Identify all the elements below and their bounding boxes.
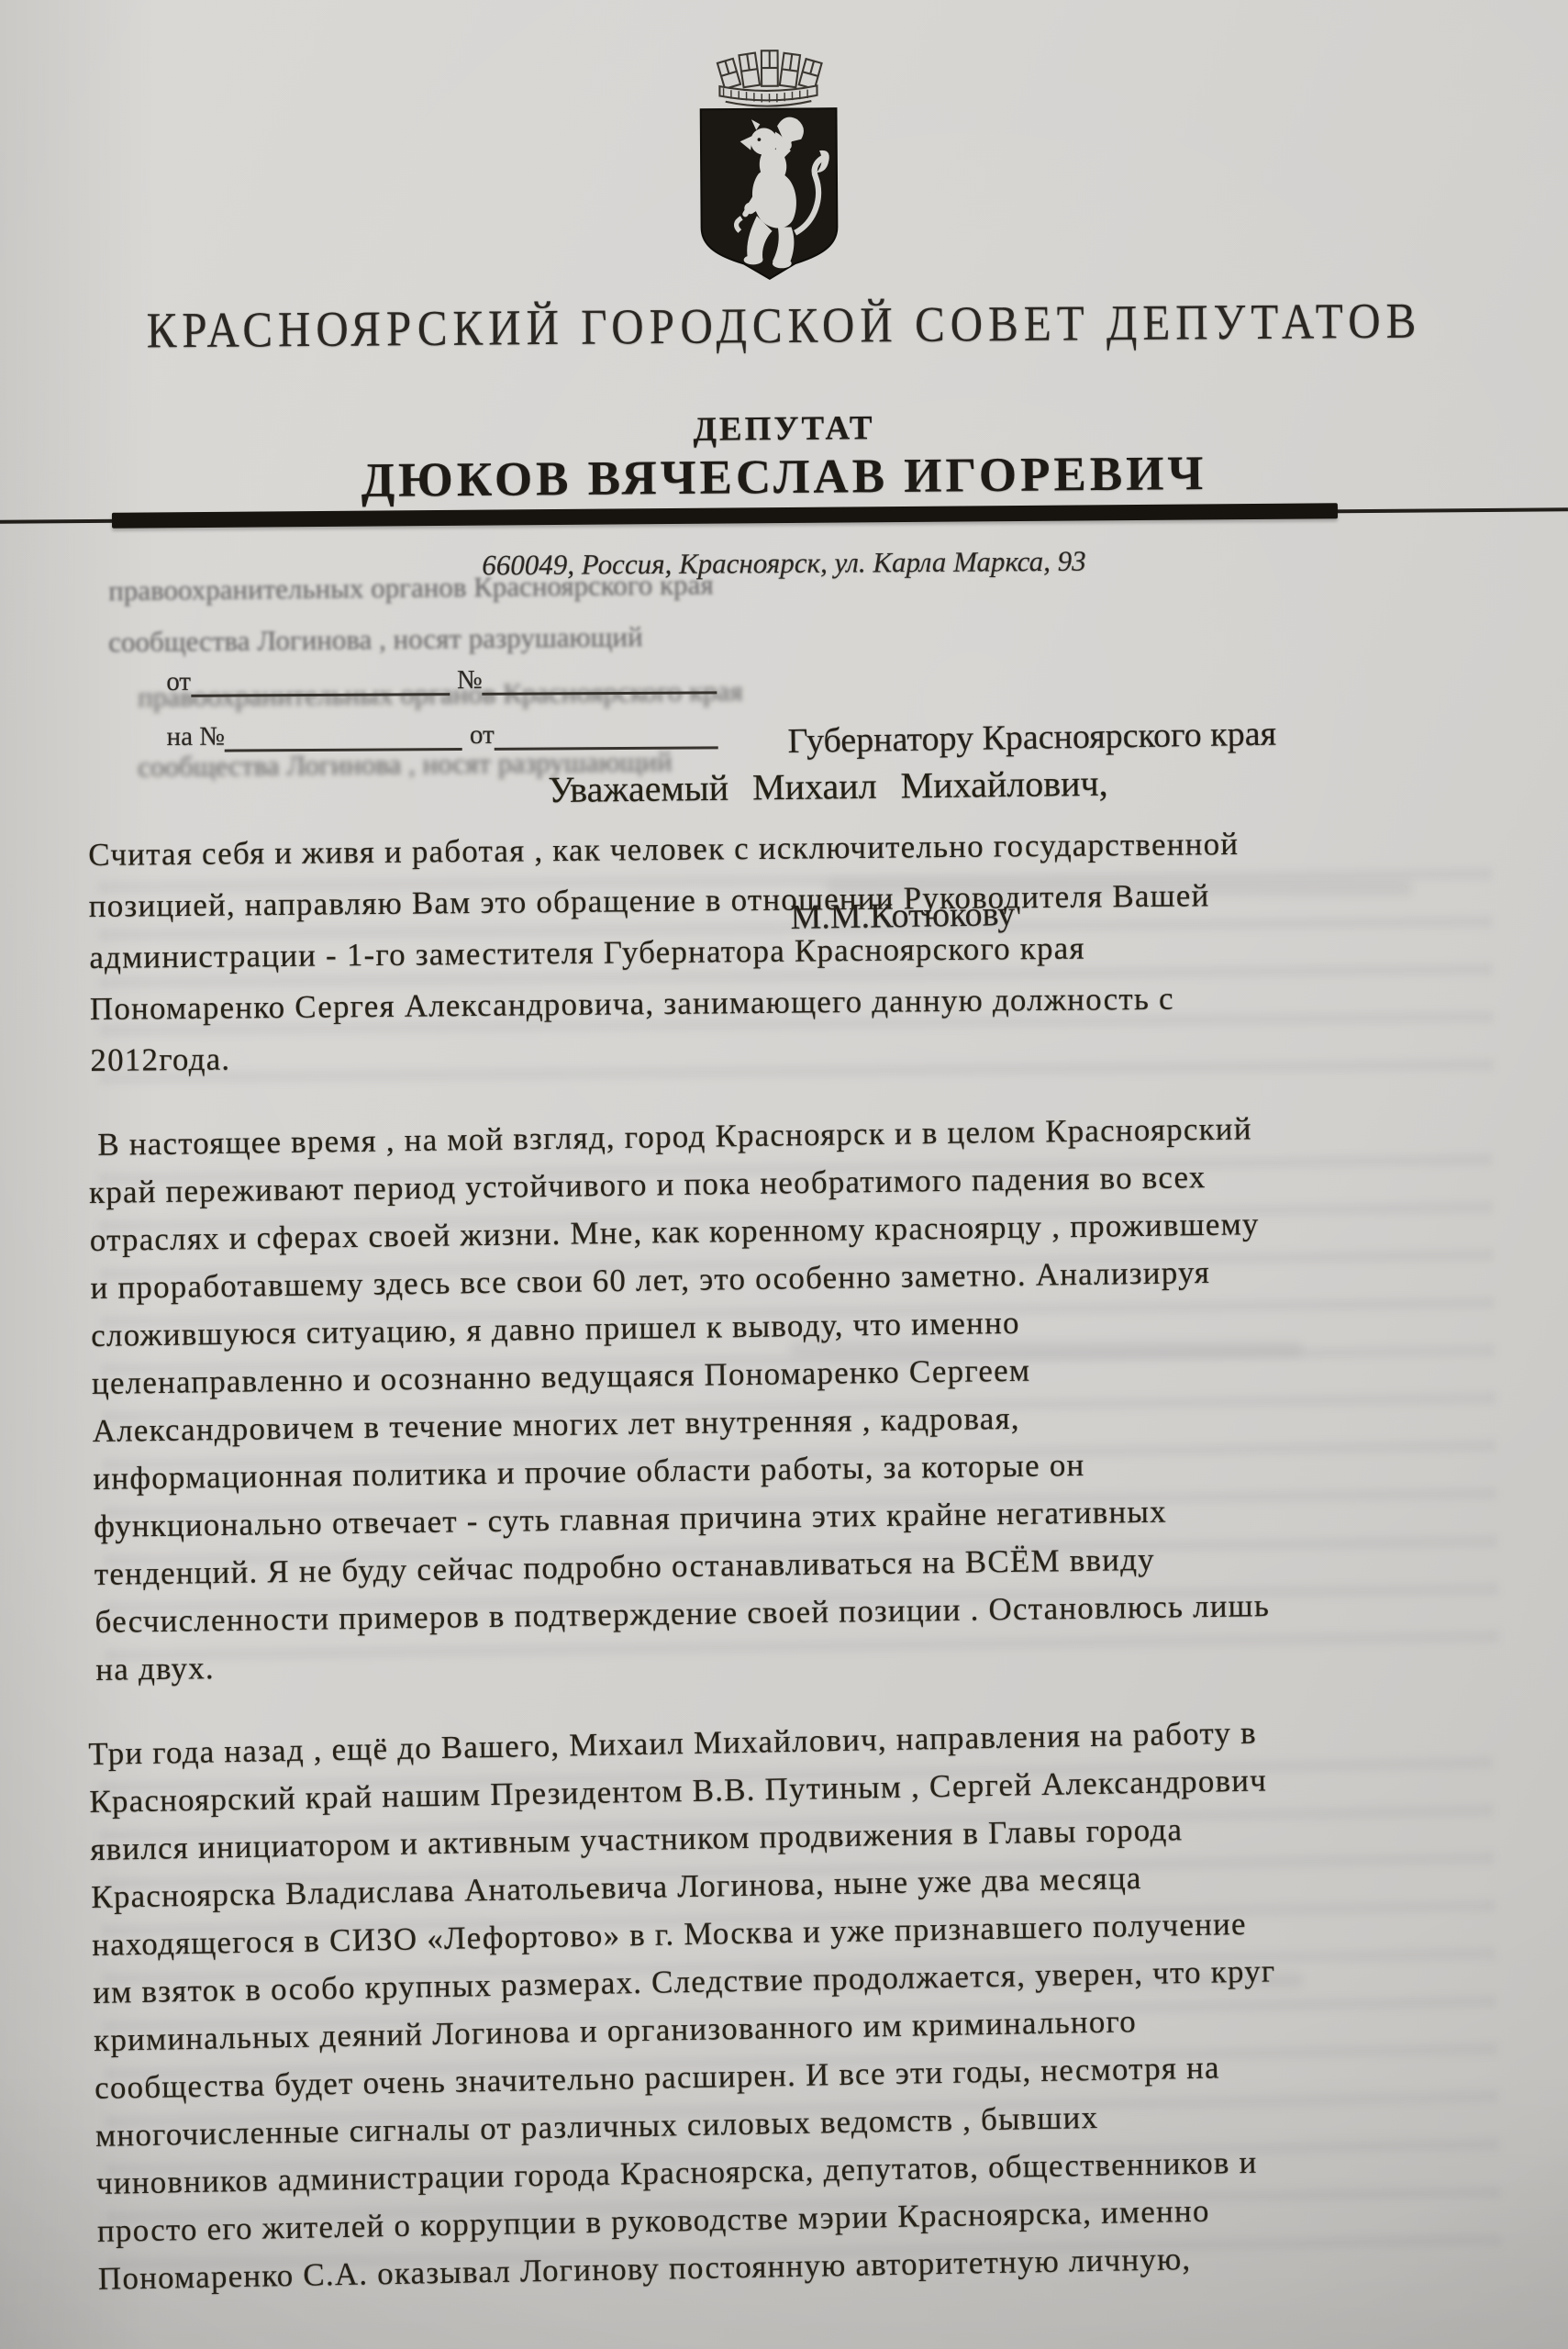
body-paragraph-2: В настоящее время , на мой взгляд, город…	[88, 1101, 1528, 1694]
krasnoyarsk-coat-of-arms	[696, 43, 841, 283]
reply-from-label: от	[470, 722, 495, 751]
from-label: от	[166, 669, 191, 697]
number-sign-label: №	[457, 667, 483, 696]
reply-date-blank-line	[495, 718, 718, 750]
body-paragraph-3: Три года назад , ещё до Вашего, Михаил М…	[88, 1704, 1529, 2302]
reply-to-number-label: на №	[167, 724, 226, 752]
reference-fields: от № на № от	[166, 639, 736, 752]
organization-title: КРАСНОЯРСКИЙ ГОРОДСКОЙ СОВЕТ ДЕПУТАТОВ	[0, 290, 1568, 361]
number-blank-line	[483, 663, 717, 696]
mural-crown-icon	[717, 50, 822, 106]
reference-row-outgoing: от №	[166, 639, 735, 697]
reply-number-blank-line	[225, 720, 462, 752]
reference-row-incoming: на № от	[166, 694, 735, 752]
letter-page: правоохранительных органов Красноярского…	[0, 0, 1568, 2349]
body-paragraph-1: Считая себя и живя и работая , как челов…	[88, 816, 1522, 1086]
letterhead-address: 660049, Россия, Красноярск, ул. Карла Ма…	[0, 541, 1568, 585]
date-blank-line	[191, 665, 450, 697]
